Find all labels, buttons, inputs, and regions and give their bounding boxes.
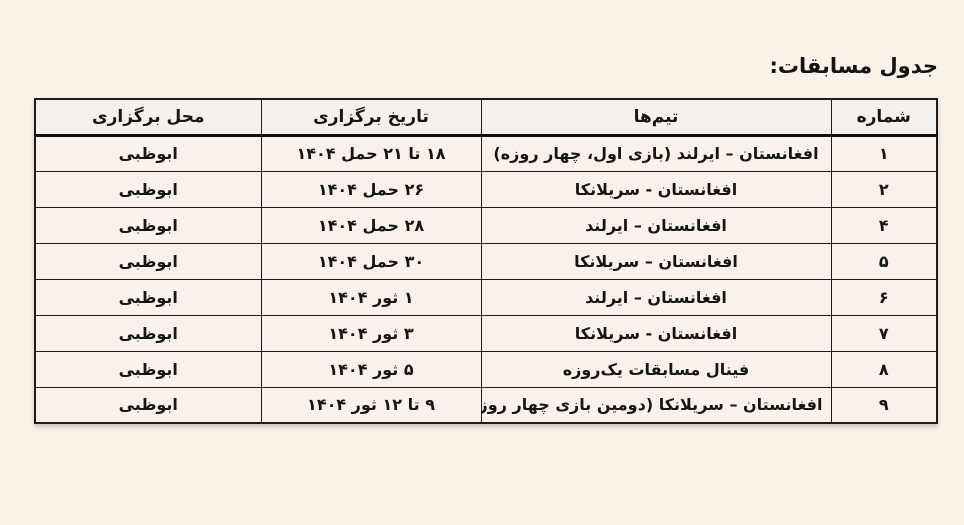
match-location: ابوظبی	[35, 171, 261, 207]
table-header-row: شماره تیم‌ها تاریخ برگزاری محل برگزاری	[35, 99, 937, 135]
table-body: ۱ افغانستان – ایرلند (بازی اول، چهار روز…	[35, 135, 937, 423]
match-number: ۱	[831, 135, 937, 171]
table-row: ۵ افغانستان – سریلانکا ۳۰ حمل ۱۴۰۴ ابوظب…	[35, 243, 937, 279]
match-date: ۳۰ حمل ۱۴۰۴	[261, 243, 481, 279]
table-row: ۹ افغانستان – سریلانکا (دومین بازی چهار …	[35, 387, 937, 423]
match-number: ۲	[831, 171, 937, 207]
match-location: ابوظبی	[35, 351, 261, 387]
match-teams: فینال مسابقات یک‌روزه	[481, 351, 831, 387]
match-teams: افغانستان – ایرلند (بازی اول، چهار روزه)	[481, 135, 831, 171]
match-teams: افغانستان - سریلانکا	[481, 171, 831, 207]
match-teams: افغانستان – سریلانکا	[481, 243, 831, 279]
match-number: ۸	[831, 351, 937, 387]
table-row: ۷ افغانستان - سریلانکا ۳ ثور ۱۴۰۴ ابوظبی	[35, 315, 937, 351]
match-date: ۹ تا ۱۲ ثور ۱۴۰۴	[261, 387, 481, 423]
table-row: ۶ افغانستان – ایرلند ۱ ثور ۱۴۰۴ ابوظبی	[35, 279, 937, 315]
table-row: ۱ افغانستان – ایرلند (بازی اول، چهار روز…	[35, 135, 937, 171]
match-teams: افغانستان – سریلانکا (دومین بازی چهار رو…	[481, 387, 831, 423]
match-location: ابوظبی	[35, 315, 261, 351]
page-title: جدول مسابقات:	[26, 54, 938, 78]
header-location: محل برگزاری	[35, 99, 261, 135]
match-teams: افغانستان – ایرلند	[481, 207, 831, 243]
match-number: ۴	[831, 207, 937, 243]
match-number: ۵	[831, 243, 937, 279]
match-location: ابوظبی	[35, 207, 261, 243]
match-location: ابوظبی	[35, 135, 261, 171]
match-teams: افغانستان - سریلانکا	[481, 315, 831, 351]
match-teams: افغانستان – ایرلند	[481, 279, 831, 315]
header-teams: تیم‌ها	[481, 99, 831, 135]
match-location: ابوظبی	[35, 279, 261, 315]
match-location: ابوظبی	[35, 387, 261, 423]
header-date: تاریخ برگزاری	[261, 99, 481, 135]
match-date: ۵ ثور ۱۴۰۴	[261, 351, 481, 387]
header-number: شماره	[831, 99, 937, 135]
match-number: ۷	[831, 315, 937, 351]
table-row: ۴ افغانستان – ایرلند ۲۸ حمل ۱۴۰۴ ابوظبی	[35, 207, 937, 243]
table-row: ۲ افغانستان - سریلانکا ۲۶ حمل ۱۴۰۴ ابوظب…	[35, 171, 937, 207]
match-number: ۶	[831, 279, 937, 315]
match-location: ابوظبی	[35, 243, 261, 279]
match-date: ۱۸ تا ۲۱ حمل ۱۴۰۴	[261, 135, 481, 171]
match-date: ۱ ثور ۱۴۰۴	[261, 279, 481, 315]
document-page: جدول مسابقات: شماره تیم‌ها تاریخ برگزاری…	[0, 0, 964, 424]
match-schedule-table: شماره تیم‌ها تاریخ برگزاری محل برگزاری ۱…	[34, 98, 938, 424]
match-date: ۳ ثور ۱۴۰۴	[261, 315, 481, 351]
match-number: ۹	[831, 387, 937, 423]
match-date: ۲۶ حمل ۱۴۰۴	[261, 171, 481, 207]
match-date: ۲۸ حمل ۱۴۰۴	[261, 207, 481, 243]
table-row: ۸ فینال مسابقات یک‌روزه ۵ ثور ۱۴۰۴ ابوظب…	[35, 351, 937, 387]
